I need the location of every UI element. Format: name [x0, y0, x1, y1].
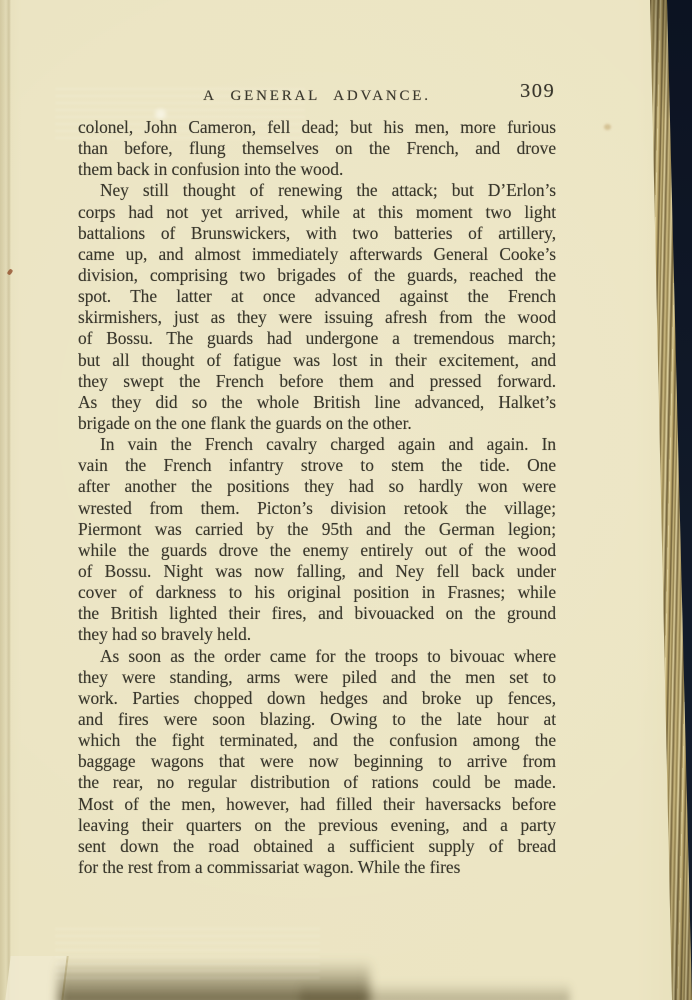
text-line: after another the positions they had so … — [78, 476, 556, 497]
text-line: them back in confusion into the wood. — [78, 159, 556, 180]
text-line: In vain the French cavalry charged again… — [78, 434, 556, 455]
text-line: leaving their quarters on the previous e… — [78, 815, 556, 836]
text-line: As soon as the order came for the troops… — [78, 646, 556, 667]
text-line: for the rest from a commissariat wagon. … — [78, 857, 556, 878]
paragraph: In vain the French cavalry charged again… — [78, 434, 556, 645]
page-number: 309 — [520, 80, 560, 103]
text-line: but all thought of fatigue was lost in t… — [78, 350, 556, 371]
text-line: which the fight terminated, and the conf… — [78, 730, 556, 751]
text-line: corps had not yet arrived, while at this… — [78, 202, 556, 223]
text-line: they had so bravely held. — [78, 624, 556, 645]
text-line: division, comprising two brigades of the… — [78, 265, 556, 286]
running-head-title: A GENERAL ADVANCE. — [78, 88, 556, 105]
page-body: colonel, John Cameron, fell dead; but hi… — [78, 117, 556, 878]
paragraph: Ney still thought of renewing the attack… — [78, 180, 556, 434]
text-line: As they did so the whole British line ad… — [78, 392, 556, 413]
page-stain — [604, 124, 611, 130]
text-line: the rear, no regular distribution of rat… — [78, 772, 556, 793]
text-line: came up, and almost immediately afterwar… — [78, 244, 556, 265]
bottom-page-shadow-soft — [300, 982, 570, 1000]
paragraph: As soon as the order came for the troops… — [78, 646, 556, 879]
text-line: Most of the men, however, had filled the… — [78, 794, 556, 815]
text-line: work. Parties chopped down hedges and br… — [78, 688, 556, 709]
text-line: wrested from them. Picton’s division ret… — [78, 498, 556, 519]
text-line: skirmishers, just as they were issuing a… — [78, 307, 556, 328]
text-line: vain the French infantry strove to stem … — [78, 455, 556, 476]
text-line: of Bossu. The guards had undergone a tre… — [78, 328, 556, 349]
text-line: cover of darkness to his original positi… — [78, 582, 556, 603]
text-line: they swept the French before them and pr… — [78, 371, 556, 392]
text-line: sent down the road obtained a sufficient… — [78, 836, 556, 857]
text-line: brigade on the one flank the guards on t… — [78, 413, 556, 434]
text-line: Ney still thought of renewing the attack… — [78, 180, 556, 201]
left-page-crease — [0, 0, 16, 1000]
book-scan: A GENERAL ADVANCE. 309 colonel, John Cam… — [0, 0, 692, 1000]
scan-streaks-bottom — [55, 928, 320, 980]
text-line: the British lighted their fires, and biv… — [78, 603, 556, 624]
text-line: colonel, John Cameron, fell dead; but hi… — [78, 117, 556, 138]
text-line: and fires were soon blazing. Owing to th… — [78, 709, 556, 730]
text-line: they were standing, arms were piled and … — [78, 667, 556, 688]
text-line: than before, flung themselves on the Fre… — [78, 138, 556, 159]
text-line: Piermont was carried by the 95th and the… — [78, 519, 556, 540]
paragraph: colonel, John Cameron, fell dead; but hi… — [78, 117, 556, 180]
text-line: while the guards drove the enemy entirel… — [78, 540, 556, 561]
text-line: battalions of Brunswickers, with two bat… — [78, 223, 556, 244]
text-line: spot. The latter at once advanced agains… — [78, 286, 556, 307]
text-line: of Bossu. Night was now falling, and Ney… — [78, 561, 556, 582]
text-line: baggage wagons that were now beginning t… — [78, 751, 556, 772]
